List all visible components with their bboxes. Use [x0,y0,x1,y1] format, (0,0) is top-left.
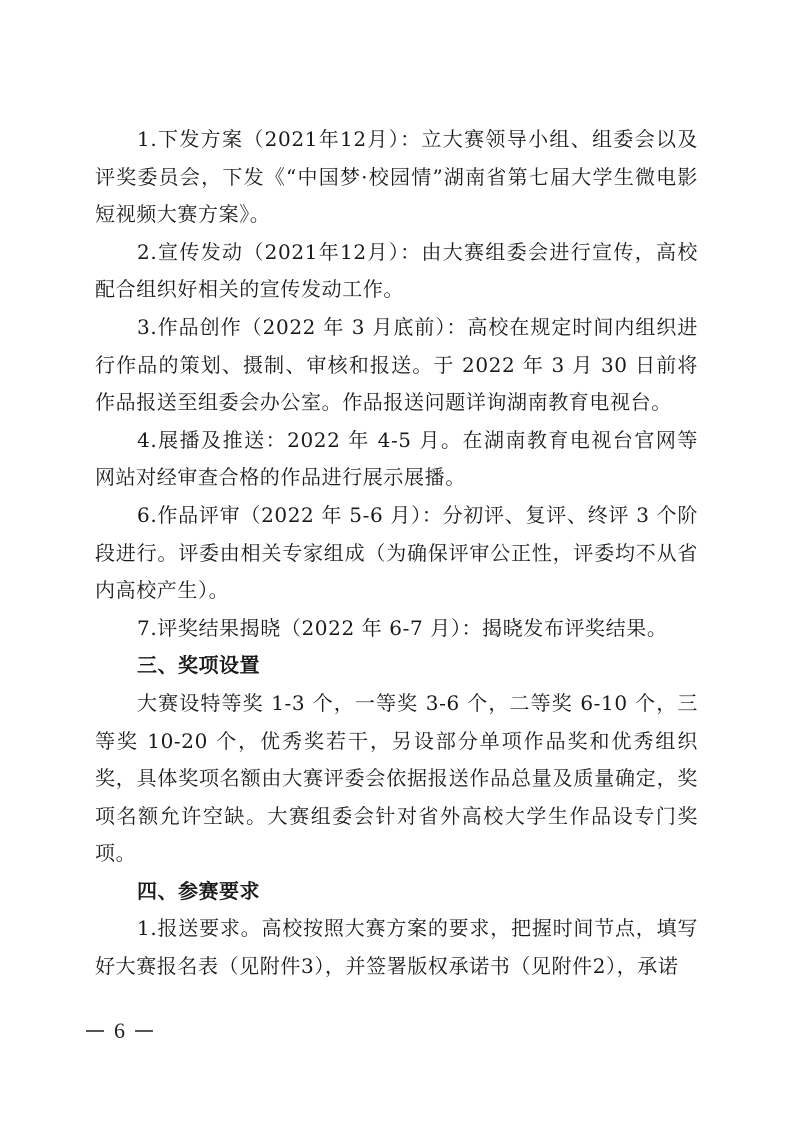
section-heading-requirements: 四、参赛要求 [95,873,698,911]
dash-right-icon [135,1030,153,1032]
paragraph-results: 7.评奖结果揭晓（2022 年 6-7 月）：揭晓发布评奖结果。 [95,610,698,648]
document-body: 1.下发方案（2021年12月）：立大赛领导小组、组委会以及评奖委员会，下发《“… [95,121,698,986]
section-heading-awards: 三、奖项设置 [95,647,698,685]
paragraph-publicity: 2.宣传发动（2021年12月）：由大赛组委会进行宣传，高校配合组织好相关的宣传… [95,234,698,309]
paragraph-review: 6.作品评审（2022 年 5-6 月）：分初评、复评、终评 3 个阶段进行。评… [95,497,698,610]
dash-left-icon [86,1030,104,1032]
page-footer: 6 [86,1018,153,1044]
page-number: 6 [114,1018,125,1044]
paragraph-creation: 3.作品创作（2022 年 3 月底前）：高校在规定时间内组织进行作品的策划、摄… [95,309,698,422]
paragraph-awards: 大赛设特等奖 1-3 个，一等奖 3-6 个，二等奖 6-10 个，三等奖 10… [95,685,698,873]
paragraph-issue-plan: 1.下发方案（2021年12月）：立大赛领导小组、组委会以及评奖委员会，下发《“… [95,121,698,234]
paragraph-broadcast: 4.展播及推送：2022 年 4-5 月。在湖南教育电视台官网等网站对经审查合格… [95,422,698,497]
paragraph-submission: 1.报送要求。高校按照大赛方案的要求，把握时间节点，填写好大赛报名表（见附件3）… [95,910,698,985]
